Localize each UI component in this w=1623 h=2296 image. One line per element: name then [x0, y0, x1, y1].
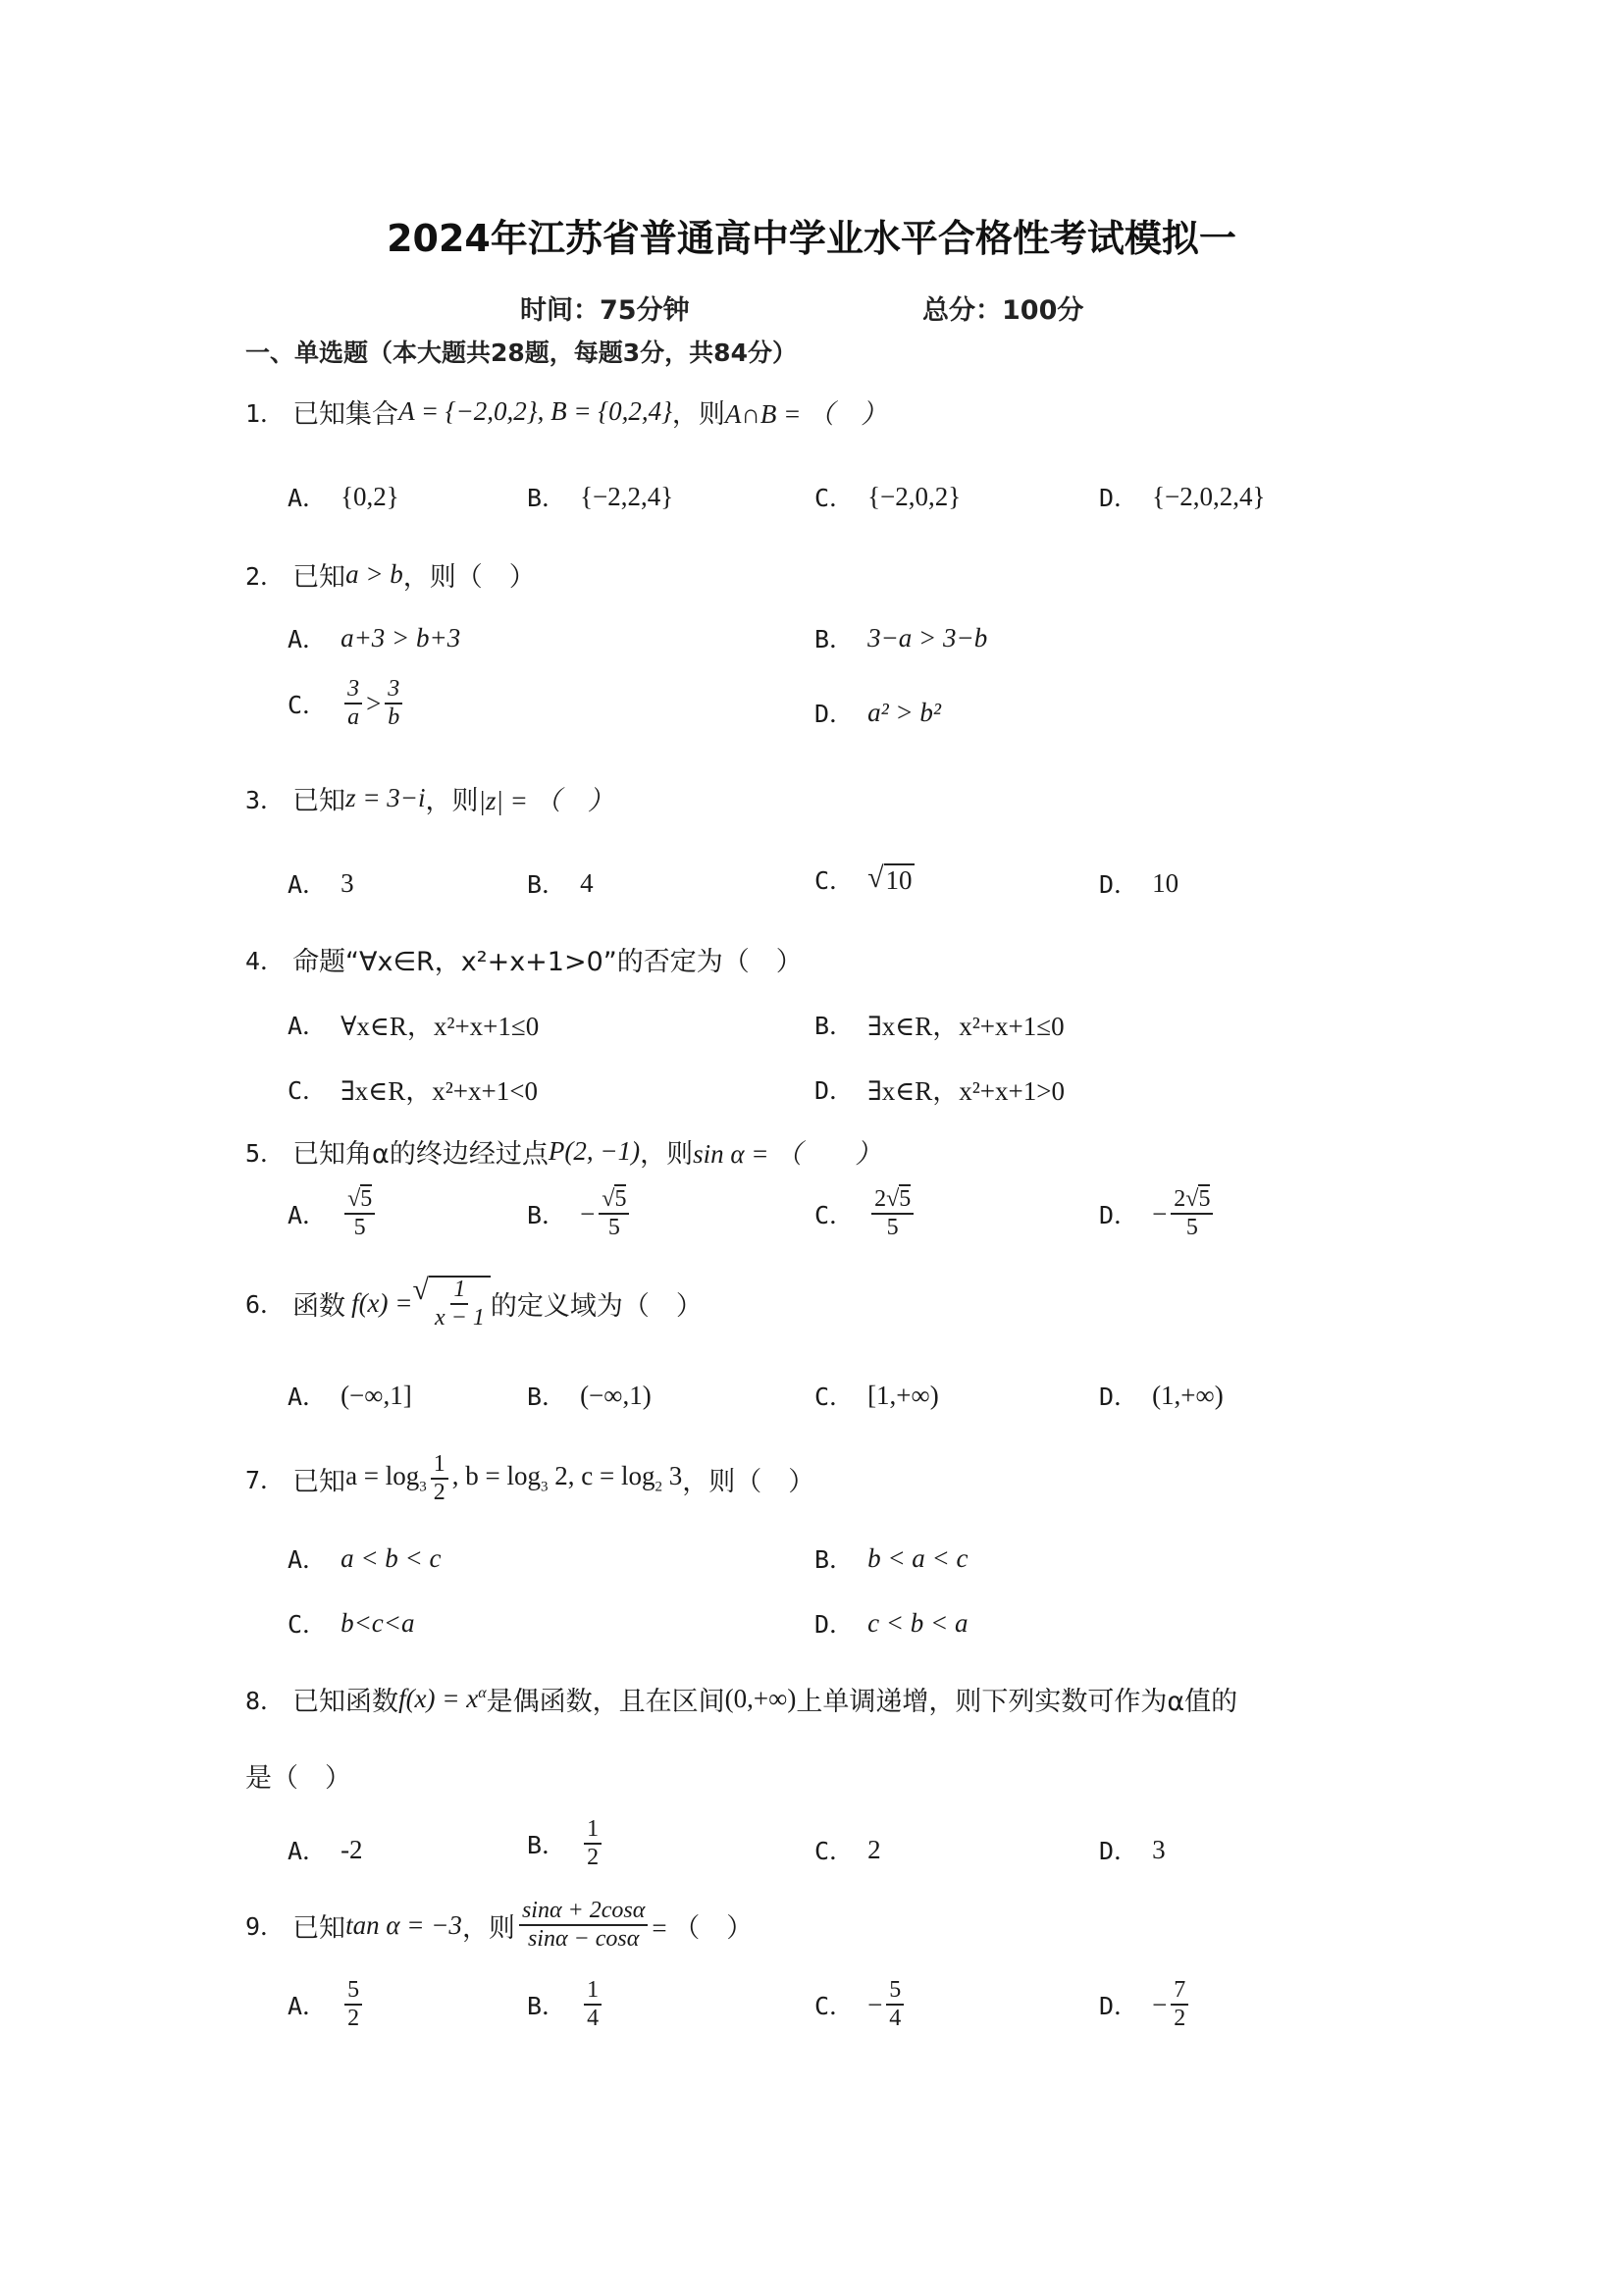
option-text: {0,2} [340, 482, 399, 512]
option-text: 3 [1152, 1835, 1166, 1865]
option-label: B． [814, 1007, 854, 1042]
fraction: 12 [431, 1452, 448, 1505]
question-number: 1． [245, 394, 285, 430]
option-text: a² > b² [867, 698, 941, 728]
option-label: B． [527, 479, 566, 514]
option-text: {−2,0,2} [867, 482, 961, 512]
option-label: A． [288, 1007, 327, 1042]
question-number: 7． [245, 1461, 285, 1496]
option-label: C． [814, 1196, 854, 1231]
question-number: 5． [245, 1134, 285, 1170]
option-d[interactable]: D． − 2√55 [1099, 1187, 1217, 1240]
option-a[interactable]: A． √55 [288, 1187, 379, 1240]
question-continuation: 是（ ） [245, 1756, 351, 1795]
option-label: C． [288, 1605, 327, 1641]
section-header: 一、单选题（本大题共28题，每题3分，共84分） [245, 334, 797, 369]
square-root: √10 [867, 863, 914, 896]
option-c[interactable]: C．∃x∈R，x²+x+1<0 [288, 1070, 538, 1108]
option-text: 2 [867, 1835, 881, 1865]
option-d[interactable]: D．(1,+∞) [1099, 1378, 1224, 1413]
option-text: [1,+∞) [867, 1381, 939, 1411]
option-text: 3 [340, 868, 354, 899]
option-b[interactable]: B．(−∞,1) [527, 1378, 652, 1413]
option-c[interactable]: C． − 54 [814, 1978, 908, 2031]
interval: (0,+∞) [725, 1684, 797, 1714]
option-a[interactable]: A． 52 [288, 1978, 366, 2031]
fraction: 14 [584, 1978, 602, 2031]
question-math: z = 3−i [345, 783, 425, 813]
option-a[interactable]: A．a+3 > b+3 [288, 620, 460, 655]
question-tail: ，则 [426, 779, 479, 817]
option-label: D． [814, 1071, 854, 1107]
option-text: ∃x∈R，x²+x+1>0 [867, 1070, 1065, 1108]
question-tail: 是偶函数，且在区间 [487, 1680, 725, 1718]
option-text: ∃x∈R，x²+x+1≤0 [867, 1005, 1065, 1043]
option-label: D． [1099, 1987, 1138, 2022]
option-label: C． [814, 1987, 854, 2022]
fraction: 1x − 1 [435, 1278, 485, 1331]
question-stem: 已知 [292, 779, 345, 817]
option-a[interactable]: A．(−∞,1] [288, 1378, 412, 1413]
question-tail: 上单调递增，则下列实数可作为α值的 [796, 1680, 1237, 1718]
question-number: 9． [245, 1907, 285, 1943]
option-label: A． [288, 479, 327, 514]
question-tail-math: sin α = （ ） [693, 1132, 881, 1171]
question-number: 6． [245, 1285, 285, 1321]
option-b[interactable]: B．{−2,2,4} [527, 479, 673, 514]
fraction: sinα + 2cosαsinα − cosα [519, 1899, 648, 1952]
option-label: D． [1099, 1196, 1138, 1231]
question-number: 3． [245, 781, 285, 816]
sign: − [1152, 1990, 1167, 2020]
question-6: 6． 函数 f(x) = √ 1x − 1 的定义域为（ ） [245, 1276, 703, 1331]
question-tail: 的定义域为（ ） [491, 1284, 703, 1323]
question-stem: 已知 [292, 1460, 345, 1498]
option-text: ∀x∈R，x²+x+1≤0 [340, 1005, 539, 1043]
question-tail: ，则（ ） [403, 555, 536, 594]
sign: − [1152, 1199, 1167, 1229]
time-limit: 时间：75分钟 [520, 288, 690, 327]
question-4: 4． 命题“∀x∈R，x²+x+1>0”的否定为（ ） [245, 940, 803, 978]
question-stem: 命题“∀x∈R，x²+x+1>0”的否定为（ ） [292, 940, 803, 978]
option-c[interactable]: C．2 [814, 1832, 881, 1867]
option-label: D． [1099, 1832, 1138, 1867]
question-stem: 已知角α的终边经过点 [292, 1132, 549, 1171]
question-math: , b = log3 2, c = log2 3 [452, 1461, 682, 1495]
question-8: 8． 已知函数 f(x) = xα 是偶函数，且在区间 (0,+∞) 上单调递增… [245, 1680, 1237, 1718]
option-a[interactable]: A．-2 [288, 1832, 363, 1867]
radical-sign-icon: √ [867, 863, 883, 896]
option-label: B． [814, 1540, 854, 1576]
question-tail: ，则 [462, 1906, 515, 1945]
question-stem: 函数 [292, 1284, 345, 1323]
fraction: √55 [599, 1187, 629, 1240]
option-a[interactable]: A．∀x∈R，x²+x+1≤0 [288, 1005, 539, 1043]
question-tail-math: A∩B = （ ） [725, 392, 887, 431]
option-d[interactable]: D．∃x∈R，x²+x+1>0 [814, 1070, 1065, 1108]
option-text: c < b < a [867, 1608, 968, 1639]
option-text: b<c<a [340, 1608, 414, 1639]
option-c[interactable]: C．b<c<a [288, 1605, 415, 1641]
question-stem: 已知 [292, 1906, 345, 1945]
fraction: √55 [344, 1187, 375, 1240]
option-label: D． [814, 1605, 854, 1641]
option-text: b < a < c [867, 1543, 968, 1574]
option-label: B． [527, 1826, 566, 1861]
question-7: 7． 已知 a = log3 12 , b = log3 2, c = log2… [245, 1452, 814, 1505]
option-text: 10 [1152, 868, 1178, 899]
operator: > [366, 689, 381, 719]
option-label: B． [527, 865, 566, 901]
option-label: B． [527, 1987, 566, 2022]
option-label: B． [527, 1196, 566, 1231]
option-d[interactable]: D．{−2,0,2,4} [1099, 479, 1265, 514]
fraction: 3b [385, 677, 402, 730]
option-label: C． [288, 1071, 327, 1107]
question-tail: = （ ） [652, 1906, 753, 1945]
option-label: C． [814, 861, 854, 897]
fraction: 3a [344, 677, 362, 730]
option-b[interactable]: B．b < a < c [814, 1540, 969, 1576]
option-b[interactable]: B．∃x∈R，x²+x+1≤0 [814, 1005, 1065, 1043]
option-d[interactable]: D．c < b < a [814, 1605, 969, 1641]
option-label: D． [814, 695, 854, 730]
option-d[interactable]: D． − 72 [1099, 1978, 1192, 2031]
question-5: 5． 已知角α的终边经过点 P(2, −1) ，则 sin α = （ ） [245, 1132, 881, 1171]
option-label: D． [1099, 1378, 1138, 1413]
question-tail: ，则（ ） [682, 1460, 814, 1498]
option-label: B． [527, 1378, 566, 1413]
option-label: C． [814, 479, 854, 514]
option-d[interactable]: D．10 [1099, 865, 1178, 901]
option-text: {−2,0,2,4} [1152, 482, 1265, 512]
radical-sign-icon: √ [413, 1276, 429, 1331]
option-a[interactable]: A．3 [288, 865, 354, 901]
question-3: 3． 已知 z = 3−i ，则 |z| = （ ） [245, 779, 614, 817]
option-a[interactable]: A．a < b < c [288, 1540, 442, 1576]
question-math: a = log3 [345, 1461, 427, 1495]
option-text: (−∞,1) [580, 1381, 652, 1411]
question-number: 2． [245, 557, 285, 593]
question-tail-math: |z| = （ ） [479, 779, 614, 817]
question-math: tan α = −3 [345, 1910, 462, 1941]
page-title: 2024年江苏省普通高中学业水平合格性考试模拟一 [0, 208, 1623, 262]
question-tail: ，则 [672, 392, 725, 431]
option-text: 3−a > 3−b [867, 623, 987, 653]
question-math: A = {−2,0,2}, B = {0,2,4} [398, 396, 672, 427]
fraction: 72 [1171, 1978, 1188, 2031]
fraction: 12 [584, 1817, 602, 1870]
question-2: 2． 已知 a > b ，则（ ） [245, 555, 536, 594]
option-label: C． [288, 686, 327, 721]
question-math: f(x) = [351, 1288, 412, 1319]
option-d[interactable]: D．3 [1099, 1832, 1166, 1867]
option-label: A． [288, 620, 327, 655]
option-b[interactable]: B． − √55 [527, 1187, 633, 1240]
option-text: {−2,2,4} [580, 482, 673, 512]
fraction: 2√55 [1171, 1187, 1213, 1240]
question-9: 9． 已知 tan α = −3 ，则 sinα + 2cosαsinα − c… [245, 1899, 753, 1952]
question-math: P(2, −1) [549, 1136, 640, 1167]
option-label: C． [814, 1832, 854, 1867]
sign: − [867, 1990, 882, 2020]
option-label: C． [814, 1378, 854, 1413]
option-text: ∃x∈R，x²+x+1<0 [340, 1070, 538, 1108]
question-number: 8． [245, 1682, 285, 1717]
option-c[interactable]: C． 2√55 [814, 1187, 917, 1240]
question-stem: 已知函数 [292, 1680, 398, 1718]
question-math: f(x) = xα [398, 1684, 487, 1714]
option-a[interactable]: A．{0,2} [288, 479, 399, 514]
question-math: a > b [345, 559, 403, 590]
total-score: 总分：100分 [922, 288, 1083, 327]
option-c[interactable]: C．[1,+∞) [814, 1378, 939, 1413]
option-label: A． [288, 1540, 327, 1576]
question-8-continuation: 是（ ） [245, 1756, 351, 1795]
question-stem: 已知集合 [292, 392, 398, 431]
option-label: A． [288, 865, 327, 901]
option-text: a < b < c [340, 1543, 441, 1574]
question-stem: 已知 [292, 555, 345, 594]
question-number: 4． [245, 942, 285, 977]
fraction: 52 [344, 1978, 362, 2031]
fraction: 54 [886, 1978, 904, 2031]
option-text: 4 [580, 868, 594, 899]
question-tail: ，则 [640, 1132, 693, 1171]
option-c[interactable]: C．{−2,0,2} [814, 479, 961, 514]
option-c[interactable]: C． 3a > 3b [288, 677, 406, 730]
option-label: B． [814, 620, 854, 655]
option-d[interactable]: D．a² > b² [814, 695, 941, 730]
sign: − [580, 1199, 595, 1229]
option-text: -2 [340, 1835, 363, 1865]
option-b[interactable]: B．4 [527, 865, 594, 901]
option-label: A． [288, 1196, 327, 1231]
option-b[interactable]: B． 12 [527, 1817, 605, 1870]
fraction: 2√55 [871, 1187, 914, 1240]
option-text: (1,+∞) [1152, 1381, 1224, 1411]
option-label: A． [288, 1832, 327, 1867]
option-label: A． [288, 1378, 327, 1413]
option-b[interactable]: B．3−a > 3−b [814, 620, 987, 655]
option-c[interactable]: C． √10 [814, 861, 915, 897]
option-text: (−∞,1] [340, 1381, 412, 1411]
option-label: D． [1099, 479, 1138, 514]
question-1: 1． 已知集合 A = {−2,0,2}, B = {0,2,4} ，则 A∩B… [245, 392, 887, 431]
option-text: a+3 > b+3 [340, 623, 460, 653]
option-label: A． [288, 1987, 327, 2022]
option-b[interactable]: B． 14 [527, 1978, 605, 2031]
square-root: √ 1x − 1 [413, 1276, 491, 1331]
option-label: D． [1099, 865, 1138, 901]
